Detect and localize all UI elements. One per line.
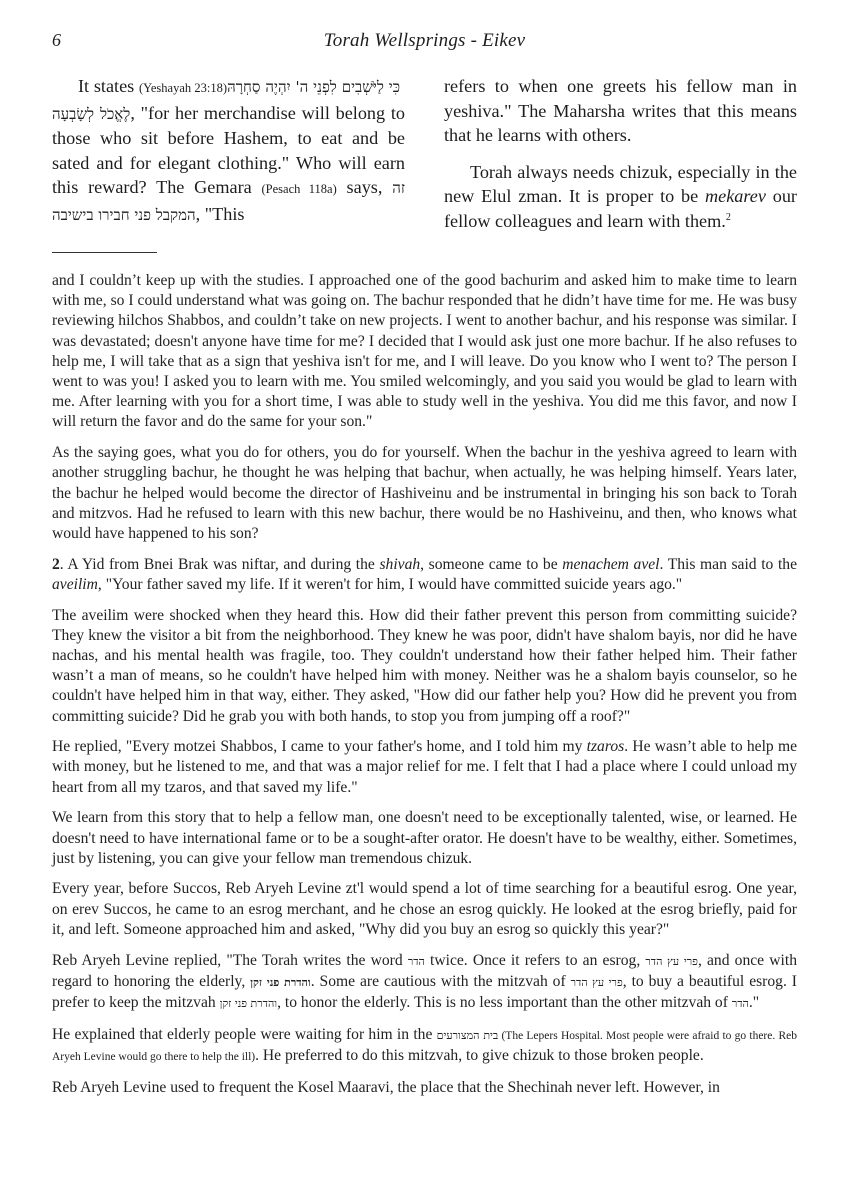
source-reference: (Pesach 118a) <box>262 182 337 196</box>
footnote-paragraph: 2. A Yid from Bnei Brak was niftar, and … <box>52 555 797 595</box>
hebrew-word: פרי עץ הדר <box>645 955 698 968</box>
emphasis: shivah <box>379 556 420 573</box>
footnote-paragraph: Every year, before Succos, Reb Aryeh Lev… <box>52 879 797 940</box>
text: . Some are cautious with the mitzvah of <box>311 973 571 990</box>
emphasis: mekarev <box>705 186 766 206</box>
source-reference: (Yeshayah 23:18) <box>139 81 227 95</box>
footnote-paragraph: As the saying goes, what you do for othe… <box>52 443 797 544</box>
hebrew-word: והדרת פני זקן <box>250 976 311 989</box>
running-title: Torah Wellsprings - Eikev <box>52 30 797 52</box>
hebrew-word: הדר <box>732 997 749 1010</box>
text: . This man said to the <box>660 556 798 573</box>
text: . He preferred to do this mitzvah, to gi… <box>255 1047 704 1064</box>
footnote-divider <box>52 252 157 253</box>
text: ." <box>749 994 759 1011</box>
text: , "This <box>196 204 245 224</box>
footnote-paragraph: Reb Aryeh Levine used to frequent the Ko… <box>52 1078 797 1098</box>
hebrew-word: פרי עץ הדר <box>571 976 623 989</box>
left-column: It states (Yeshayah 23:18) כִּי לַיֹּשְׁ… <box>52 74 405 246</box>
hebrew-word: והדרת פני זקן <box>220 997 278 1010</box>
paragraph: It states (Yeshayah 23:18) כִּי לַיֹּשְׁ… <box>52 74 405 228</box>
paragraph: Torah always needs chizuk, especially in… <box>444 160 797 234</box>
text: , to honor the elderly. This is no less … <box>277 994 732 1011</box>
footnote-paragraph: and I couldn’t keep up with the studies.… <box>52 271 797 433</box>
text: It states <box>78 76 139 96</box>
text: He explained that elderly people were wa… <box>52 1026 437 1043</box>
hebrew-word: הדר <box>408 955 425 968</box>
paragraph: refers to when one greets his fellow man… <box>444 74 797 148</box>
emphasis: menachem avel <box>562 556 659 573</box>
text: Reb Aryeh Levine replied, "The Torah wri… <box>52 952 408 969</box>
page-header: 6 Torah Wellsprings - Eikev <box>52 28 797 58</box>
text: twice. Once it refers to an esrog, <box>425 952 646 969</box>
text: He replied, "Every motzei Shabbos, I cam… <box>52 738 587 755</box>
footnote-paragraph: We learn from this story that to help a … <box>52 808 797 869</box>
footnote-paragraph: Reb Aryeh Levine replied, "The Torah wri… <box>52 951 797 1015</box>
right-column: refers to when one greets his fellow man… <box>444 74 797 246</box>
footnote-paragraph: He explained that elderly people were wa… <box>52 1025 797 1067</box>
text: , "Your father saved my life. If it were… <box>98 576 682 593</box>
footnote-paragraph: The aveilim were shocked when they heard… <box>52 606 797 727</box>
footnotes: and I couldn’t keep up with the studies.… <box>52 271 797 1108</box>
footnote-paragraph: He replied, "Every motzei Shabbos, I cam… <box>52 737 797 798</box>
text: says, <box>337 177 392 197</box>
emphasis: tzaros <box>587 738 625 755</box>
emphasis: aveilim <box>52 576 98 593</box>
text: . A Yid from Bnei Brak was niftar, and d… <box>60 556 380 573</box>
footnote-reference[interactable]: 2 <box>726 212 731 223</box>
footnote-number: 2 <box>52 556 60 573</box>
hebrew-word: בית המצורעים <box>437 1029 499 1042</box>
main-text-columns: It states (Yeshayah 23:18) כִּי לַיֹּשְׁ… <box>52 74 797 246</box>
text: , someone came to be <box>420 556 562 573</box>
